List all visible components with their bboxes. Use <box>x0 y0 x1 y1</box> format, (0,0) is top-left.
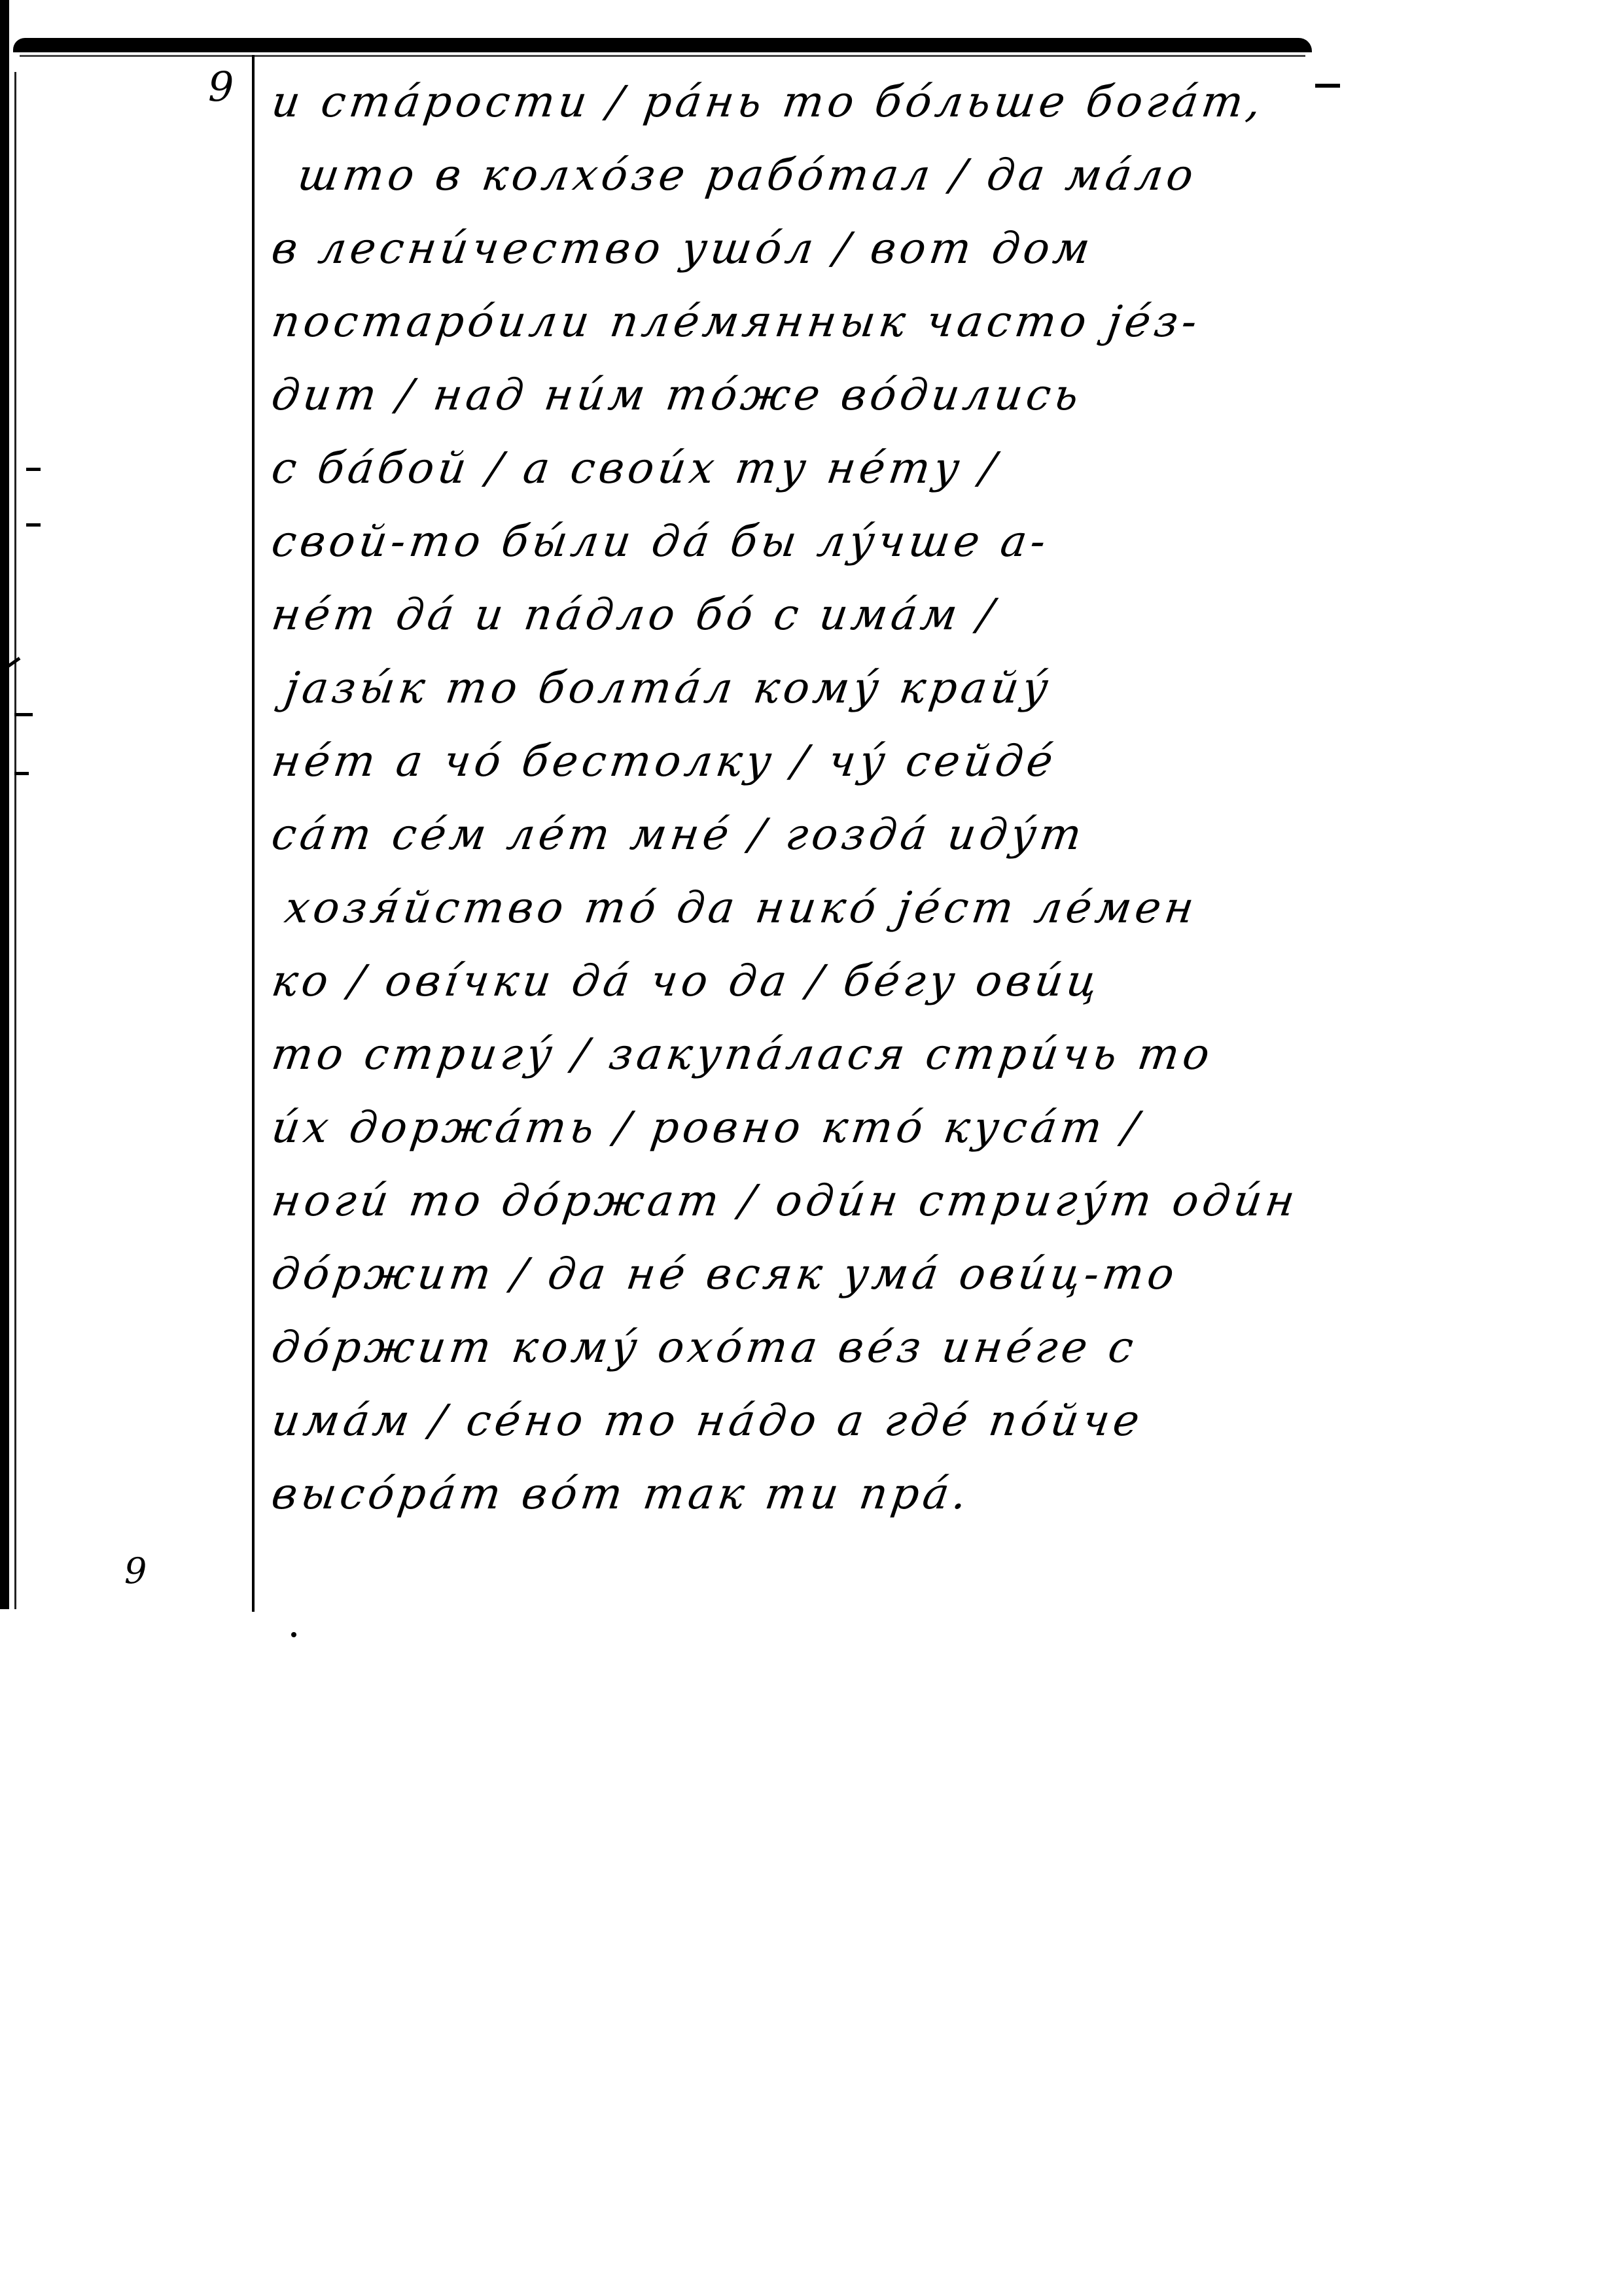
line-number-top: 9 <box>208 63 234 111</box>
text-line: ноги́ то до́ржат / оди́н стригу́т оди́н <box>267 1164 1337 1238</box>
text-line: свой-то бы́ли да́ бы лу́чше а- <box>267 505 1337 578</box>
margin-dash-mark <box>14 713 33 716</box>
text-line: с ба́бой / а свои́х ту не́ту / <box>267 432 1337 505</box>
text-line: не́т а чо́ бестолку / чу́ сейде́ <box>267 725 1337 798</box>
text-line: што в колхо́зе рабо́тал / да ма́ло <box>267 139 1337 212</box>
page-left-edge <box>0 0 9 1609</box>
page-binding-line <box>14 72 16 1609</box>
text-line: постаро́или пле́мяннык часто jе́з- <box>267 285 1337 358</box>
margin-dash-mark <box>14 772 29 775</box>
text-line: высо́ра́т во́т так ти пра́. <box>267 1457 1337 1531</box>
margin-dash-mark <box>26 523 41 527</box>
text-line: хозя́йство то́ да нико́ jе́ст ле́мен <box>267 871 1337 945</box>
text-line: са́т се́м ле́т мне́ / гозда́ иду́т <box>267 798 1337 871</box>
text-line: ко / овíчки да́ чо да / бе́гу ови́ц <box>267 945 1337 1018</box>
text-line: то стригу́ / закупа́лася стри́чь то <box>267 1018 1337 1091</box>
header-rule-thick <box>13 38 1312 52</box>
text-line: jазы́к то болта́л кому́ крайу́ <box>267 652 1337 725</box>
text-line: и ста́рости / ра́нь то бо́льше бога́т, <box>267 65 1337 139</box>
header-rule-thin <box>20 55 1305 57</box>
line-number-bottom: 9 <box>124 1550 147 1592</box>
text-line: има́м / се́но то на́до а где́ по́йче <box>267 1384 1337 1457</box>
margin-dash-mark <box>26 468 41 471</box>
text-line: и́х доржа́ть / ровно кто́ куса́т / <box>267 1091 1337 1164</box>
text-line: не́т да́ и па́дло бо́ с има́м / <box>267 578 1337 652</box>
text-line: дит / над ни́м то́же во́дились <box>267 358 1337 432</box>
manuscript-text-block: и ста́рости / ра́нь то бо́льше бога́т, ш… <box>267 65 1327 1531</box>
margin-column-rule <box>252 55 255 1612</box>
text-line: до́ржит кому́ охо́та ве́з ине́ге с <box>267 1311 1337 1384</box>
text-line: до́ржит / да не́ всяк ума́ ови́ц-то <box>267 1238 1337 1311</box>
ink-dot <box>291 1632 296 1637</box>
text-line: в лесни́чество ушо́л / вот дом <box>267 212 1337 285</box>
